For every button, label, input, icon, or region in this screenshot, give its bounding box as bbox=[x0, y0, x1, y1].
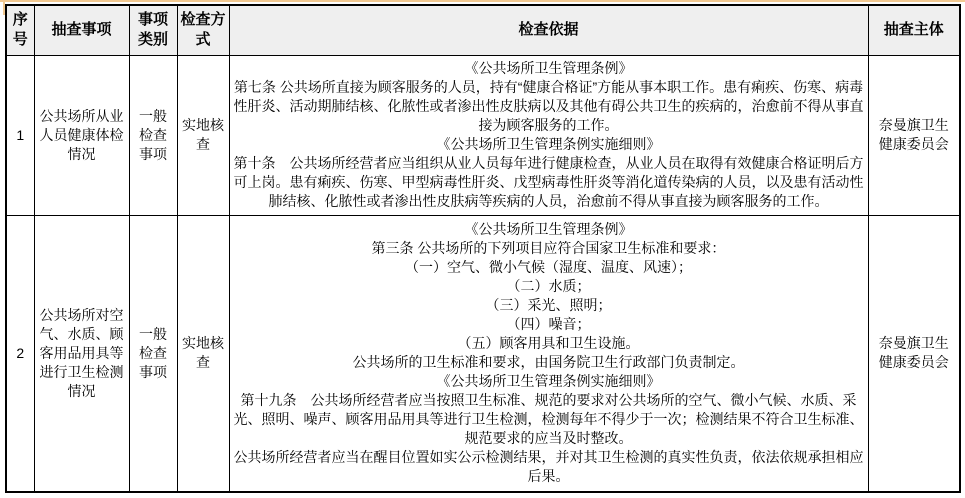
seq-cell: 1 bbox=[6, 55, 34, 215]
method-cell: 实地核查 bbox=[177, 55, 229, 215]
basis-cell: 《公共场所卫生管理条例》第三条 公共场所的下列项目应符合国家卫生标准和要求：（一… bbox=[229, 215, 868, 492]
basis-paragraph: 《公共场所卫生管理条例》 bbox=[234, 59, 864, 78]
header-basis: 检查依据 bbox=[229, 5, 868, 55]
header-method: 检查方式 bbox=[177, 5, 229, 55]
basis-paragraph: （一）空气、微小气候（湿度、温度、风速）； bbox=[234, 258, 864, 277]
item-cell: 公共场所对空气、水质、顾客用品用具等进行卫生检测情况 bbox=[34, 215, 129, 492]
item-cell: 公共场所从业人员健康体检情况 bbox=[34, 55, 129, 215]
inspection-items-table: 序号 抽查事项 事项类别 检查方式 检查依据 抽查主体 1 公共场所从业人员健康… bbox=[5, 4, 961, 493]
basis-paragraph: （五）顾客用具和卫生设施。 bbox=[234, 334, 864, 353]
basis-paragraph: （二）水质； bbox=[234, 277, 864, 296]
table-row: 1 公共场所从业人员健康体检情况 一般检查事项 实地核查 《公共场所卫生管理条例… bbox=[6, 55, 960, 215]
header-authority: 抽查主体 bbox=[868, 5, 960, 55]
basis-paragraph: 公共场所的卫生标准和要求，由国务院卫生行政部门负责制定。 bbox=[234, 353, 864, 372]
category-cell: 一般检查事项 bbox=[129, 215, 177, 492]
header-item: 抽查事项 bbox=[34, 5, 129, 55]
basis-paragraph: 《公共场所卫生管理条例实施细则》 bbox=[234, 135, 864, 154]
header-category: 事项类别 bbox=[129, 5, 177, 55]
basis-paragraph: 第十九条 公共场所经营者应当按照卫生标准、规范的要求对公共场所的空气、微小气候、… bbox=[234, 391, 864, 448]
basis-paragraph: （三）采光、照明； bbox=[234, 296, 864, 315]
basis-paragraph: 第七条 公共场所直接为顾客服务的人员，持有“健康合格证”方能从事本职工作。患有痢… bbox=[234, 78, 864, 135]
basis-paragraph: 公共场所经营者应当在醒目位置如实公示检测结果，并对其卫生检测的真实性负责，依法依… bbox=[234, 448, 864, 486]
authority-cell: 奈曼旗卫生健康委员会 bbox=[868, 215, 960, 492]
basis-paragraph: 《公共场所卫生管理条例》 bbox=[234, 220, 864, 239]
header-seq: 序号 bbox=[6, 5, 34, 55]
table-row: 2 公共场所对空气、水质、顾客用品用具等进行卫生检测情况 一般检查事项 实地核查… bbox=[6, 215, 960, 492]
category-cell: 一般检查事项 bbox=[129, 55, 177, 215]
basis-paragraph: 《公共场所卫生管理条例实施细则》 bbox=[234, 372, 864, 391]
basis-paragraph: （四）噪音； bbox=[234, 315, 864, 334]
authority-cell: 奈曼旗卫生健康委员会 bbox=[868, 55, 960, 215]
method-cell: 实地核查 bbox=[177, 215, 229, 492]
table-header-row: 序号 抽查事项 事项类别 检查方式 检查依据 抽查主体 bbox=[6, 5, 960, 55]
basis-paragraph: 第三条 公共场所的下列项目应符合国家卫生标准和要求： bbox=[234, 239, 864, 258]
basis-paragraph: 第十条 公共场所经营者应当组织从业人员每年进行健康检查，从业人员在取得有效健康合… bbox=[234, 154, 864, 211]
page-edge-accent-top bbox=[0, 0, 965, 2]
basis-cell: 《公共场所卫生管理条例》第七条 公共场所直接为顾客服务的人员，持有“健康合格证”… bbox=[229, 55, 868, 215]
seq-cell: 2 bbox=[6, 215, 34, 492]
